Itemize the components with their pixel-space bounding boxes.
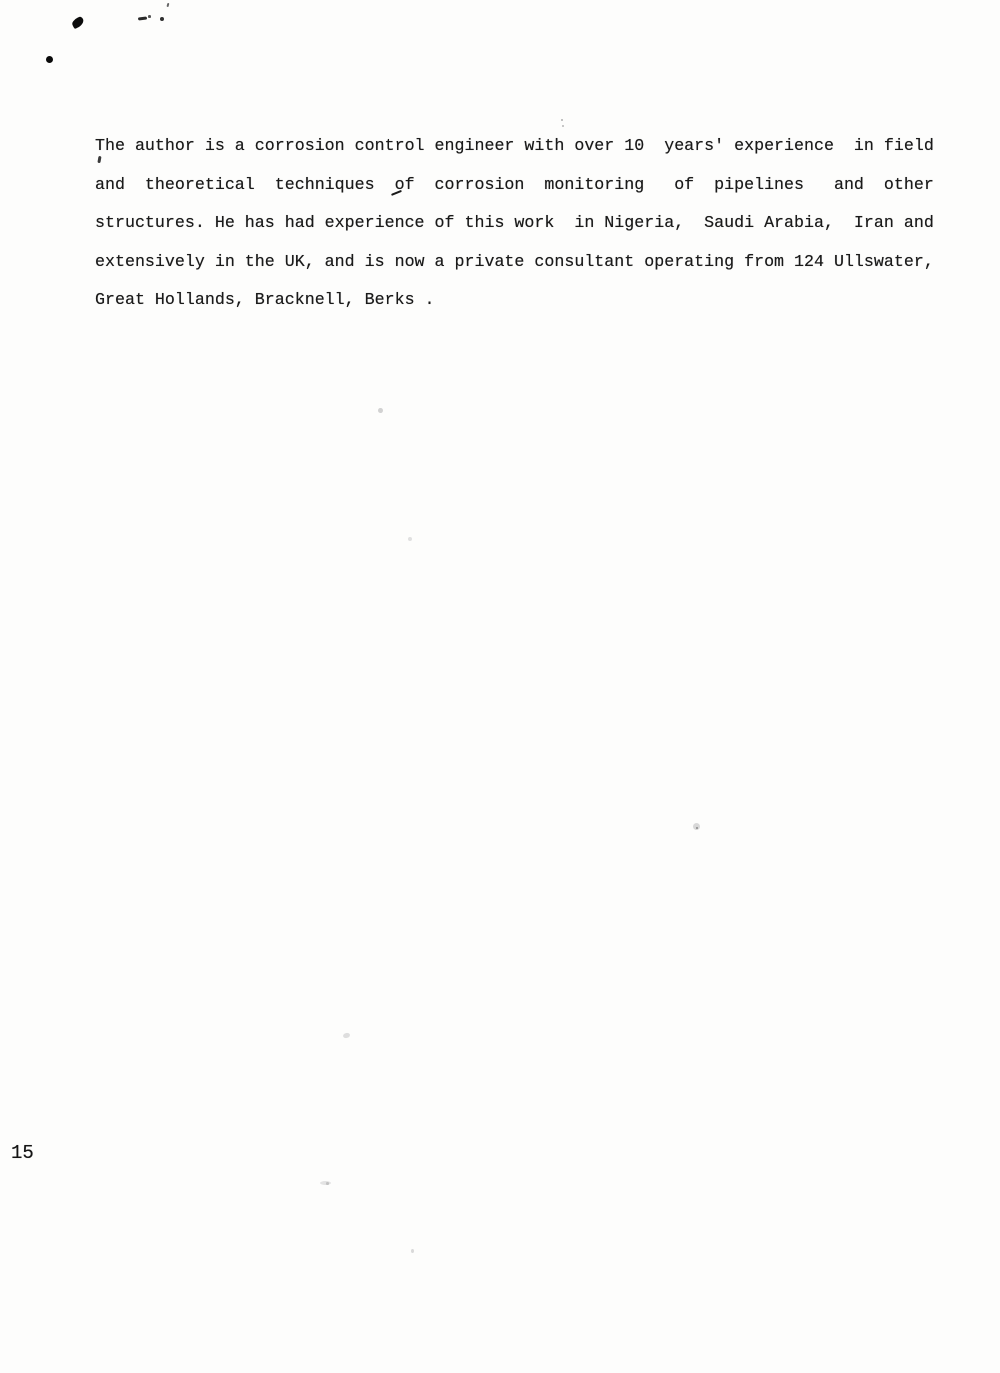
ink-speck-round-dot [46,56,53,63]
text-line-1: The author is a corrosion control engine… [95,127,955,166]
author-bio-paragraph: The author is a corrosion control engine… [95,127,955,320]
ink-speck-blob [71,16,86,29]
text-line-3: structures. He has had experience of thi… [95,204,955,243]
faint-speck [342,1032,350,1039]
ink-speck-dot [160,17,164,21]
ink-speck-dot-small [148,15,151,18]
faint-speck-colon-top [561,119,563,121]
ink-speck-top-tick [167,3,170,7]
faint-speck-dot [326,1182,329,1185]
faint-speck [378,408,383,413]
text-line-4: extensively in the UK, and is now a priv… [95,243,955,282]
text-line-5: Great Hollands, Bracknell, Berks . [95,281,955,320]
page-number: 15 [11,1142,34,1164]
scanned-document-page: The author is a corrosion control engine… [0,0,1000,1373]
ink-speck-dash [138,16,147,20]
faint-speck [408,537,412,541]
faint-speck [411,1249,414,1253]
text-line-2: and theoretical techniques of corrosion … [95,166,955,205]
